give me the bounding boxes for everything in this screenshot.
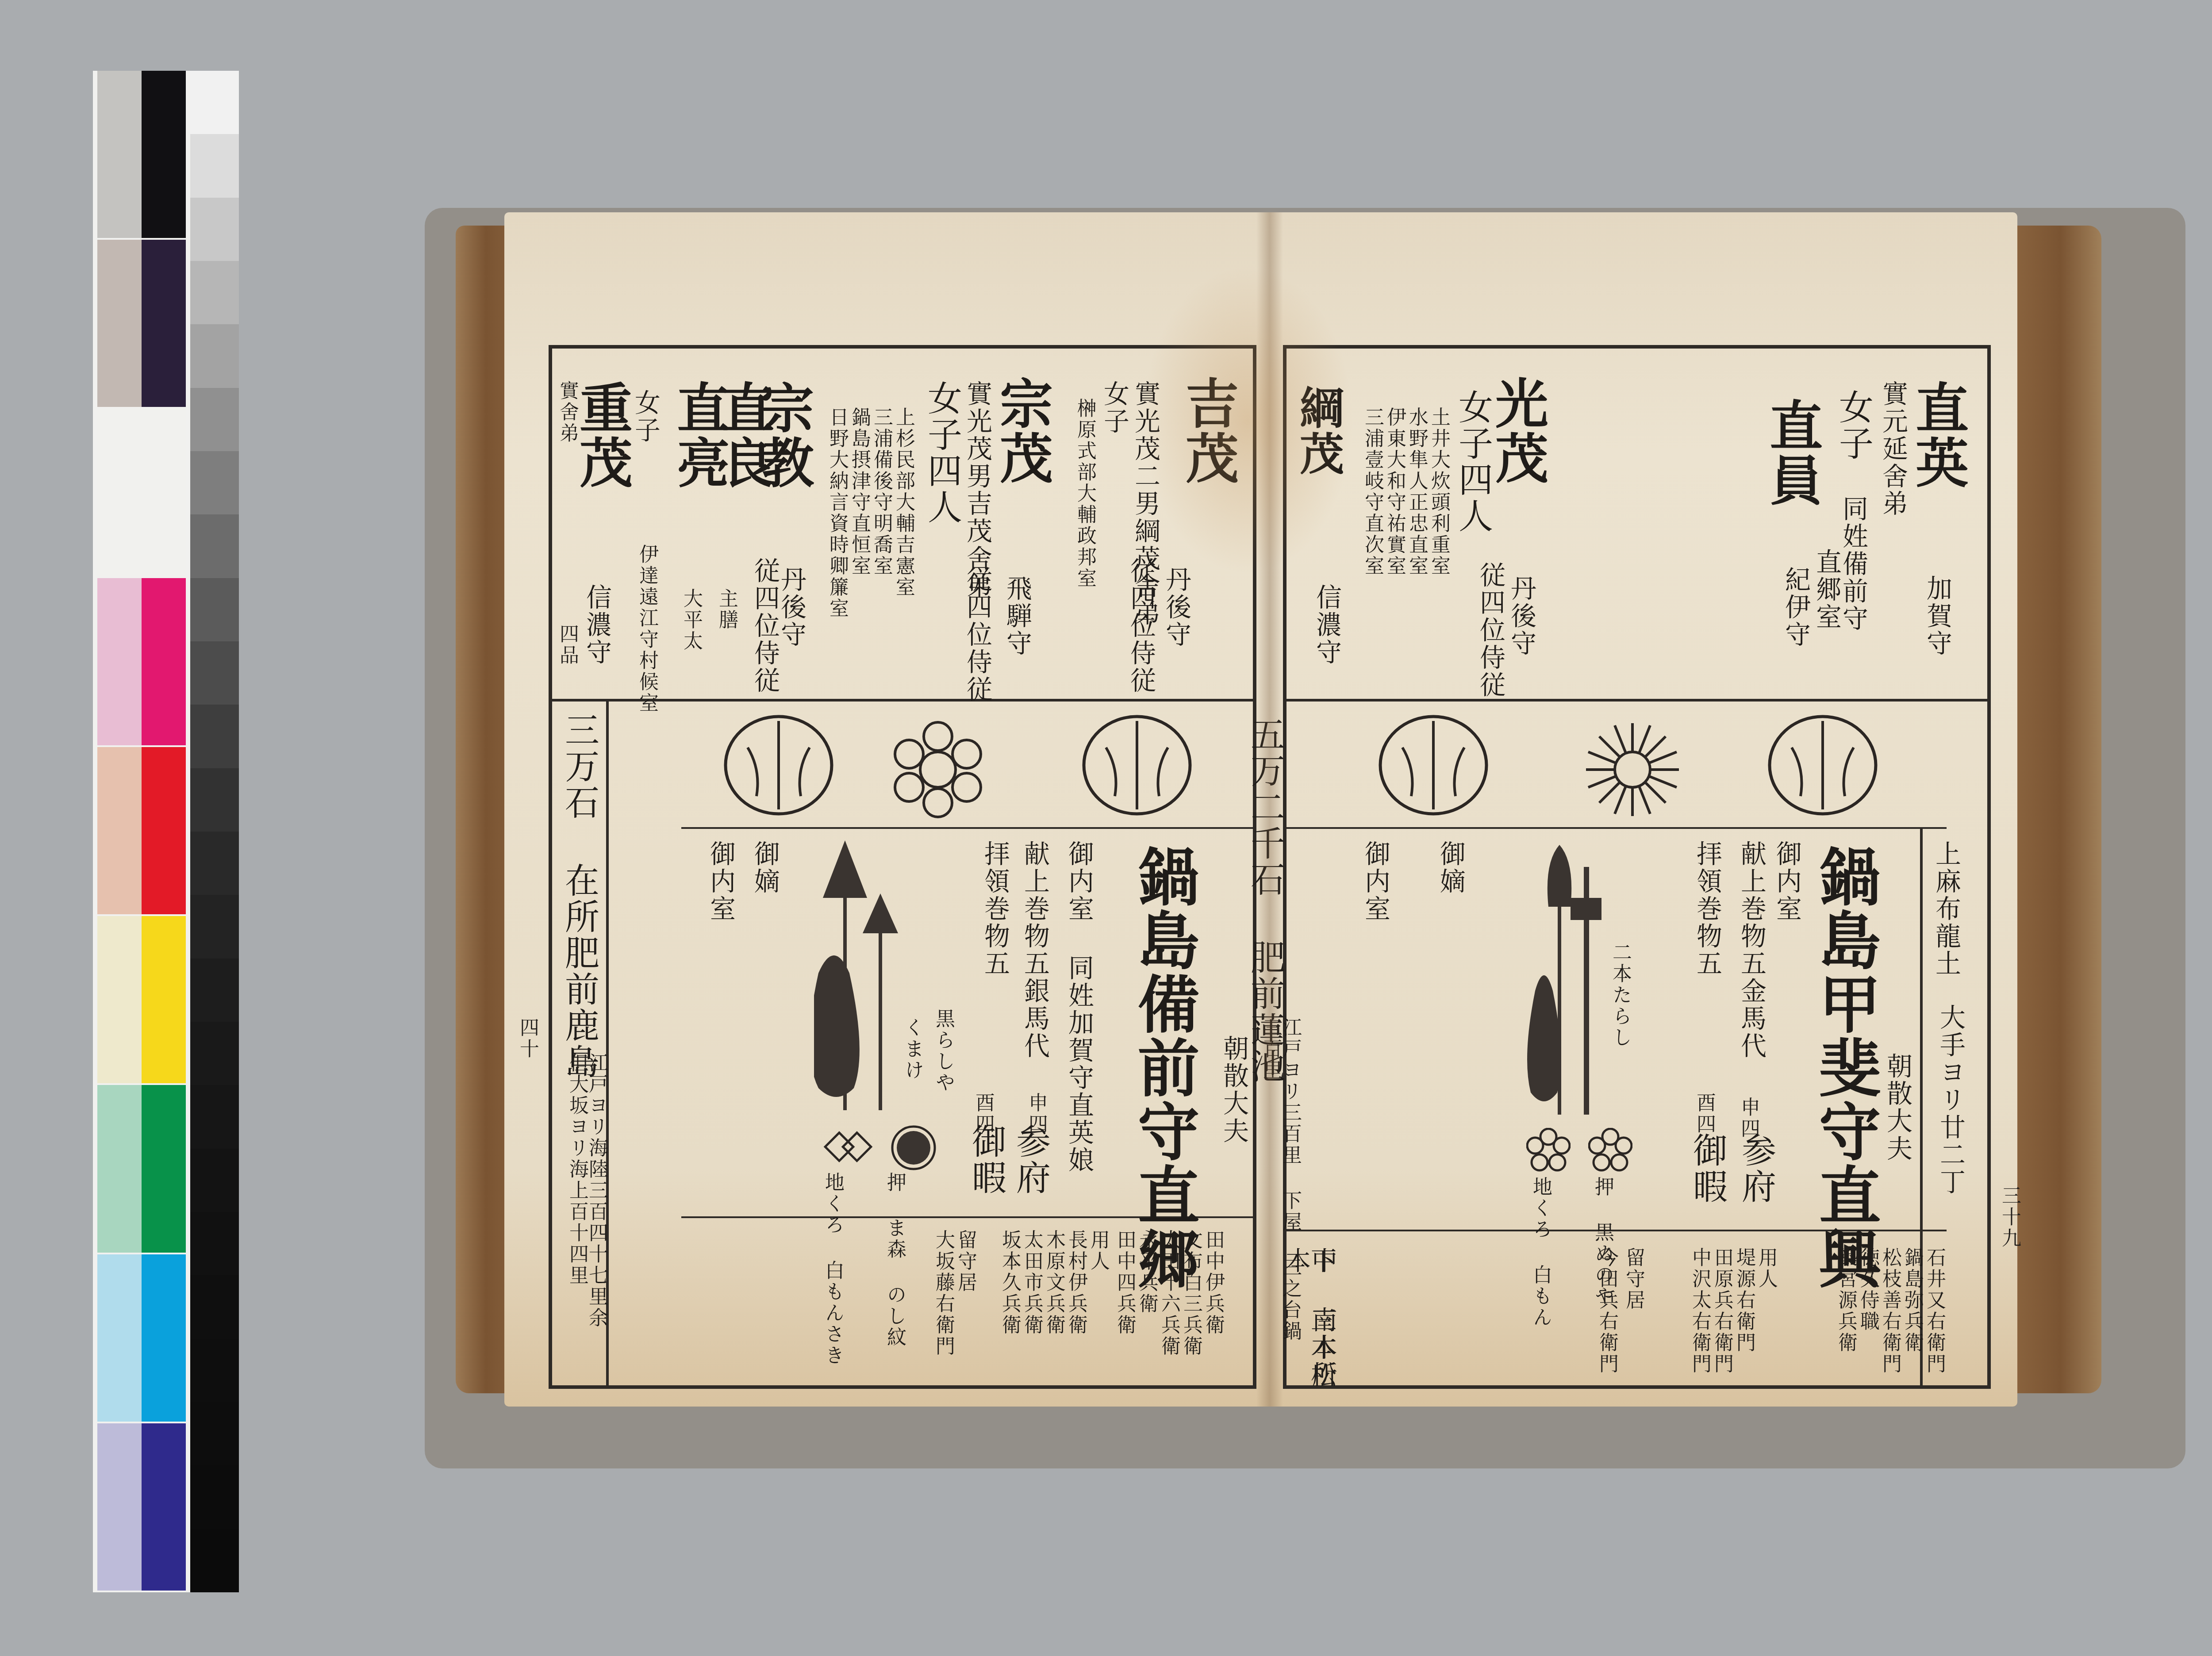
genealogy-marriage: 伊東大和守祐實室 <box>1385 407 1404 577</box>
genealogy-daughters: 女子四人 <box>925 380 959 525</box>
genealogy-daughter: 女子 <box>1836 389 1870 462</box>
gray-step <box>190 578 239 641</box>
left-crest-divider <box>681 827 1256 829</box>
wife: 御内室 <box>1774 840 1800 923</box>
genealogy-mitsushige: 光茂 <box>1491 376 1544 486</box>
distance: 江戸ヨリ海陸三百四十七里余 但大坂ヨリ海上百十四里 <box>557 1053 606 1371</box>
presentation: 献上巻物五銀馬代 <box>1022 840 1048 1088</box>
color-swatch <box>142 1085 186 1252</box>
gray-step <box>190 705 239 768</box>
rusui: 今田兵右衛門 <box>1597 1247 1617 1375</box>
lord-name: 鍋島甲斐守直興 <box>1814 845 1876 1291</box>
spears-label: 黒らしや <box>933 1008 953 1093</box>
gray-step <box>190 1212 239 1275</box>
water-stain <box>1141 265 1354 575</box>
retainer: 永平兵衛 <box>1137 1230 1156 1315</box>
rusui-label: 留守居 <box>956 1230 975 1293</box>
genealogy-marriage: 三浦壹岐守直次室 <box>1363 407 1382 577</box>
genealogy-marriage: 日野大納言資時卿簾室 <box>827 407 847 619</box>
gofuku: 御暇 <box>1690 1132 1724 1205</box>
color-swatch <box>142 409 186 576</box>
retainer: 田中四兵衛 <box>1115 1230 1134 1336</box>
genealogy-note: 實舍弟 <box>557 380 577 444</box>
gray-step <box>190 1022 239 1085</box>
color-swatch <box>142 578 186 745</box>
flower-crest-icon <box>1588 1128 1632 1172</box>
genealogy-rank: 従四位侍従 <box>1478 562 1503 699</box>
genealogy-marriage: 土井大炊頭利重室 <box>1429 407 1448 577</box>
genealogy-rank: 従四位侍従 <box>752 557 778 694</box>
presentation: 献上巻物五金馬代 <box>1739 840 1764 1097</box>
genealogy-title: 飛騨守 <box>1004 575 1030 657</box>
yonin: 中沢太右衛門 <box>1690 1247 1709 1375</box>
other-wife: 御内室 <box>1363 840 1388 923</box>
gray-step <box>190 832 239 895</box>
wife: 御内室 同姓加賀守直英娘 <box>1066 840 1092 1203</box>
genealogy-rank: 従四位侍従 <box>1128 557 1154 694</box>
yonin: 坂本久兵衛 <box>1000 1230 1019 1336</box>
genealogy-title: 丹後守 <box>1164 566 1189 648</box>
genealogy-title: 信濃守 <box>1314 584 1340 666</box>
gray-step <box>190 134 239 197</box>
otemachi-distance: 大手ヨリ廿二丁 <box>1938 1004 1963 1196</box>
page-number: 三十九 <box>2000 1185 2019 1249</box>
color-swatch <box>97 240 142 407</box>
genealogy-marriage: 伊達遠江守村候室 <box>637 544 657 714</box>
color-swatch <box>142 71 186 238</box>
page-number: 四十 <box>518 1017 537 1060</box>
gray-step <box>190 895 239 958</box>
genealogy-rank: 四品 <box>557 624 577 666</box>
color-calibration-chart <box>93 71 239 1592</box>
genealogy-title: 主膳 <box>717 588 736 631</box>
color-swatch <box>142 240 186 407</box>
gray-step <box>190 1149 239 1212</box>
genealogy-title: 丹後守 <box>779 566 804 648</box>
haireyo: 拝領巻物五 <box>982 840 1008 977</box>
yonin: 太田市兵衛 <box>1022 1230 1041 1336</box>
genealogy-muneshige: 宗茂 <box>995 376 1048 486</box>
color-swatch <box>142 747 186 914</box>
genealogy-title: 丹後守 <box>1509 575 1534 657</box>
gray-step <box>190 641 239 705</box>
court-rank: 朝散大夫 <box>1885 1053 1910 1162</box>
retainer: 徳久侍職 <box>1858 1247 1878 1332</box>
rusui-label: 留守居 <box>1624 1247 1643 1311</box>
residence-top: 上麻布龍土 <box>1933 840 1959 977</box>
genealogy-marriage: 上杉民部大輔吉憲室 <box>894 407 913 598</box>
heir-wife: 御嫡 <box>1438 840 1463 895</box>
haireyo-month: 酉四 <box>1694 1092 1714 1135</box>
color-swatch <box>97 747 142 914</box>
genealogy-note: 實元延舍弟 <box>1880 380 1906 517</box>
yonin: 堤源右衛門 <box>1734 1247 1754 1353</box>
genealogy-marriage: 同姓備前守 <box>1840 495 1866 632</box>
spear-standard-icon <box>1517 845 1615 1119</box>
genealogy-title: 信濃守 <box>584 584 610 666</box>
color-swatch <box>97 1085 142 1252</box>
gray-step <box>190 1402 239 1465</box>
heir-wife: 御嫡 <box>752 840 778 895</box>
genealogy-title: 加賀守 <box>1924 575 1950 657</box>
color-swatch <box>97 916 142 1083</box>
genealogy-marriage: 水野隼人正忠直室 <box>1407 407 1426 577</box>
color-swatch <box>142 916 186 1083</box>
sakura-flower-icon <box>885 721 991 818</box>
other-wife: 御内室 <box>708 840 733 923</box>
yonin: 田原兵右衛門 <box>1712 1247 1732 1375</box>
gray-step <box>190 1085 239 1148</box>
color-swatch <box>97 1423 142 1591</box>
color-swatch <box>97 578 142 745</box>
genealogy-daughters: 女子四人 <box>1455 389 1490 534</box>
kokudaka: 三万石 在所肥前鹿島 <box>562 712 596 1080</box>
color-swatch <box>97 1254 142 1422</box>
gray-step <box>190 324 239 387</box>
gray-step <box>190 1275 239 1338</box>
genealogy-marriage: 榊原式部大輔政邦室 <box>1075 398 1094 589</box>
gray-step <box>190 1529 239 1592</box>
sanpu: 参府 <box>1739 1132 1773 1205</box>
genealogy-naosuke: 直亮 <box>672 380 726 490</box>
lord-name: 鍋島備前守直郷 <box>1133 845 1194 1291</box>
retainer: 松枝善右衛門 <box>1880 1247 1900 1375</box>
genealogy-marriage: 鍋島摂津守直恒室 <box>849 407 869 577</box>
genealogy-naohide: 直英 <box>1911 380 1964 490</box>
right-section-divider <box>1283 699 1991 701</box>
circle-crest-icon <box>889 1123 938 1172</box>
genealogy-title: 大平太 <box>681 588 701 652</box>
gray-step <box>190 71 239 134</box>
color-swatch <box>97 71 142 238</box>
gray-step <box>190 198 239 261</box>
yonin: 長村伊兵衛 <box>1066 1230 1086 1336</box>
genealogy-shigeshige: 重茂 <box>575 380 628 490</box>
haireyo: 拝領巻物五 <box>1694 840 1720 977</box>
gray-step <box>190 768 239 832</box>
genealogy-marriage: 三浦備後守明喬室 <box>872 407 891 577</box>
gyoyo-botan-icon <box>1761 708 1885 823</box>
gray-step <box>190 388 239 451</box>
retainer: 石井又右衛門 <box>1924 1247 1944 1375</box>
genealogy-daughter: 女子 <box>1102 380 1127 435</box>
gray-step <box>190 514 239 578</box>
gray-step <box>190 1339 239 1402</box>
gyoyo-botan-icon <box>1371 708 1495 823</box>
retainer: 文布白三兵衛 <box>1181 1230 1201 1357</box>
genealogy-naokazu: 直員 <box>1765 398 1818 508</box>
spears-label: 二本たらし <box>1610 942 1630 1048</box>
gofuku: 御暇 <box>969 1123 1003 1196</box>
genealogy-spouse: 直郷室 <box>1814 548 1839 631</box>
rusui: 大坂藤右衛門 <box>933 1230 953 1357</box>
retainer: 鍋島弥兵衛 <box>1902 1247 1922 1353</box>
retainer: 太田十六兵衛 <box>1159 1230 1179 1357</box>
yonin-label: 用人 <box>1088 1230 1108 1272</box>
flag-2: 押 ま森 のし紋 <box>885 1172 904 1348</box>
flag: 地くろ 白もん <box>1531 1177 1550 1328</box>
gray-step <box>190 1465 239 1529</box>
gyoyo-botan-icon <box>717 708 841 823</box>
yonin-label: 用人 <box>1756 1247 1776 1290</box>
color-swatch <box>142 1423 186 1591</box>
gray-step <box>190 451 239 514</box>
gray-step <box>190 261 239 324</box>
right-crest-divider <box>1283 827 1947 829</box>
spear-standard-icon <box>814 840 911 1115</box>
genealogy-title: 紀伊守 <box>1783 566 1809 648</box>
yonin: 木原文兵衛 <box>1044 1230 1064 1336</box>
genealogy-daughter: 女子 <box>633 389 658 444</box>
genealogy-rank: 従四位侍従 <box>964 566 990 703</box>
color-swatch <box>97 409 142 576</box>
retainer: 築宮源兵衛 <box>1836 1247 1855 1353</box>
color-swatch <box>142 1254 186 1422</box>
flag-1: 地くろ 白もんさき <box>823 1172 842 1366</box>
interlocked-diamonds-icon <box>823 1128 876 1168</box>
flower-crest-icon <box>1526 1128 1571 1172</box>
retainer: 田中伊兵衛 <box>1203 1230 1223 1336</box>
gray-step <box>190 958 239 1022</box>
kiku-sunburst-icon <box>1584 721 1681 818</box>
right-page: 直英 實元延舍弟 加賀守 女子 同姓備前守 直郷室 直員 紀伊守 光茂 女子四人… <box>1270 212 2017 1407</box>
gyoyo-botan-icon <box>1075 708 1199 823</box>
court-rank: 朝散大夫 <box>1221 1035 1247 1145</box>
sanpu: 参府 <box>1013 1123 1048 1196</box>
